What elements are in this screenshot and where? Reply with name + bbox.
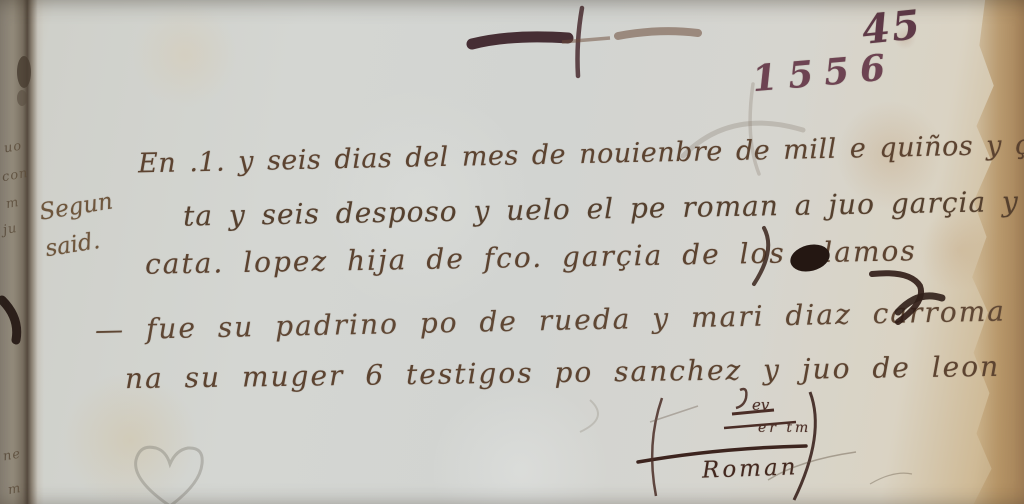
- signature-abbreviation: er tm: [758, 420, 811, 436]
- faint-heart-mark: [112, 432, 232, 504]
- manuscript-line-1: En .1. y seis dias del mes de nouienbre …: [138, 128, 1024, 180]
- margin-note: Segun said.: [37, 178, 157, 268]
- gutter-text-fragment: uo: [3, 139, 24, 157]
- gutter-ink-stroke: [0, 290, 40, 360]
- ink-blot: [742, 226, 852, 296]
- page-deckle-edge: [952, 0, 1024, 504]
- gutter-text-fragment: ju: [2, 221, 19, 238]
- gutter-text-fragment: m: [7, 481, 23, 498]
- manuscript-line-5: na su muger 6 testigos po sanchez y juo …: [125, 350, 1001, 395]
- faint-scribble: [430, 392, 730, 452]
- gutter-text-fragment: ne: [2, 447, 22, 465]
- signature-abbreviation: ev: [752, 396, 769, 414]
- paper-fibre-hairlines: [760, 440, 920, 500]
- ink-cross-mark: [450, 2, 700, 82]
- manuscript-line-2: ta y seis desposo y uelo el pe roman a j…: [183, 184, 1024, 232]
- manuscript-page-photo: uo con m ju ne m 45 1556 Segun said. En …: [0, 0, 1024, 504]
- gutter-binding-blob: [12, 50, 42, 110]
- flourish-hook: [892, 284, 952, 334]
- gutter-text-fragment: m: [5, 195, 21, 212]
